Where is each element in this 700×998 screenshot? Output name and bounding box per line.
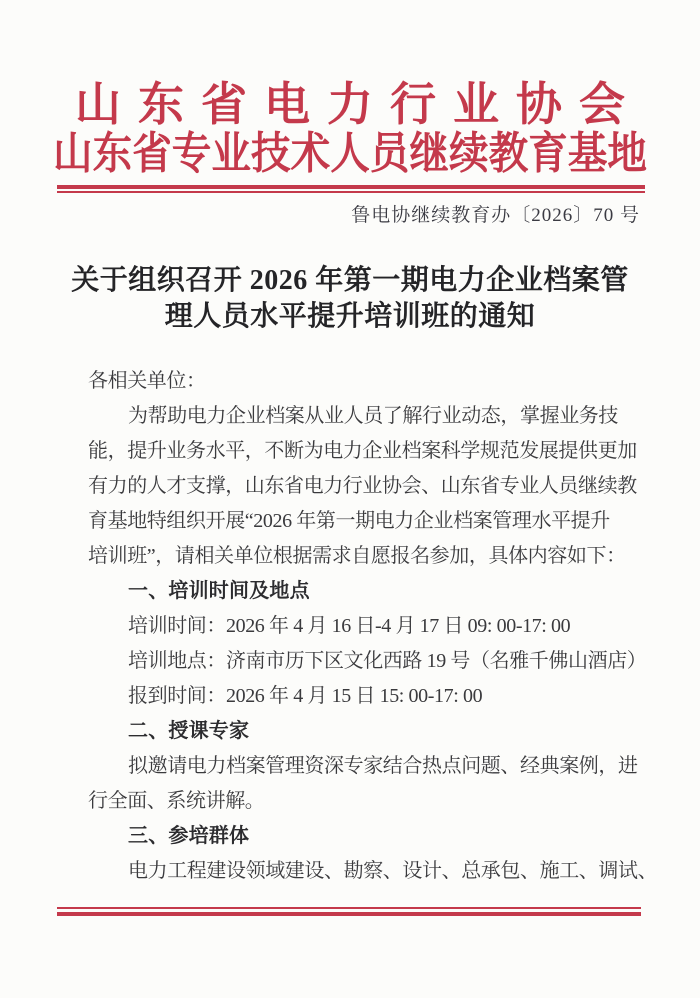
body-line: 拟邀请电力档案管理资深专家结合热点问题、经典案例，进	[88, 749, 634, 784]
letterhead-double-rule	[57, 185, 645, 193]
body-line: 电力工程建设领域建设、勘察、设计、总承包、施工、调试、	[88, 854, 634, 889]
letterhead-base-name: 山东省专业技术人员继续教育基地	[35, 130, 665, 177]
notice-body: 各相关单位：为帮助电力企业档案从业人员了解行业动态，掌握业务技能，提升业务水平，…	[88, 364, 634, 889]
body-line: 有力的人才支撑，山东省电力行业协会、山东省专业人员继续教	[88, 469, 634, 504]
letterhead: 山东省电力行业协会 山东省专业技术人员继续教育基地	[0, 80, 700, 177]
body-line: 培训时间：2026 年 4 月 16 日-4 月 17 日 09: 00-17:…	[88, 609, 634, 644]
body-line: 各相关单位：	[88, 364, 634, 399]
body-line: 能，提升业务水平，不断为电力企业档案科学规范发展提供更加	[88, 434, 634, 469]
rule-thin	[57, 191, 645, 193]
notice-title: 关于组织召开 2026 年第一期电力企业档案管 理人员水平提升培训班的通知	[30, 263, 670, 335]
body-line: 行全面、系统讲解。	[88, 784, 634, 819]
body-line: 培训地点：济南市历下区文化西路 19 号（名雅千佛山酒店）	[88, 644, 634, 679]
body-line: 育基地特组织开展“2026 年第一期电力企业档案管理水平提升	[88, 504, 634, 539]
doc-reference-number: 鲁电协继续教育办〔2026〕70 号	[351, 204, 640, 228]
document-page: 山东省电力行业协会 山东省专业技术人员继续教育基地 鲁电协继续教育办〔2026〕…	[0, 0, 700, 998]
notice-title-line1: 关于组织召开 2026 年第一期电力企业档案管	[30, 263, 670, 299]
body-line: 三、参培群体	[88, 819, 634, 854]
body-line: 报到时间：2026 年 4 月 15 日 15: 00-17: 00	[88, 679, 634, 714]
body-line: 一、培训时间及地点	[88, 574, 634, 609]
footer-double-rule	[57, 907, 641, 916]
body-line: 培训班”，请相关单位根据需求自愿报名参加，具体内容如下：	[88, 539, 634, 574]
body-line: 二、授课专家	[88, 714, 634, 749]
letterhead-org-name: 山东省电力行业协会	[0, 80, 700, 130]
rule-thick	[57, 912, 641, 916]
notice-title-line2: 理人员水平提升培训班的通知	[30, 299, 670, 335]
body-line: 为帮助电力企业档案从业人员了解行业动态，掌握业务技	[88, 399, 634, 434]
